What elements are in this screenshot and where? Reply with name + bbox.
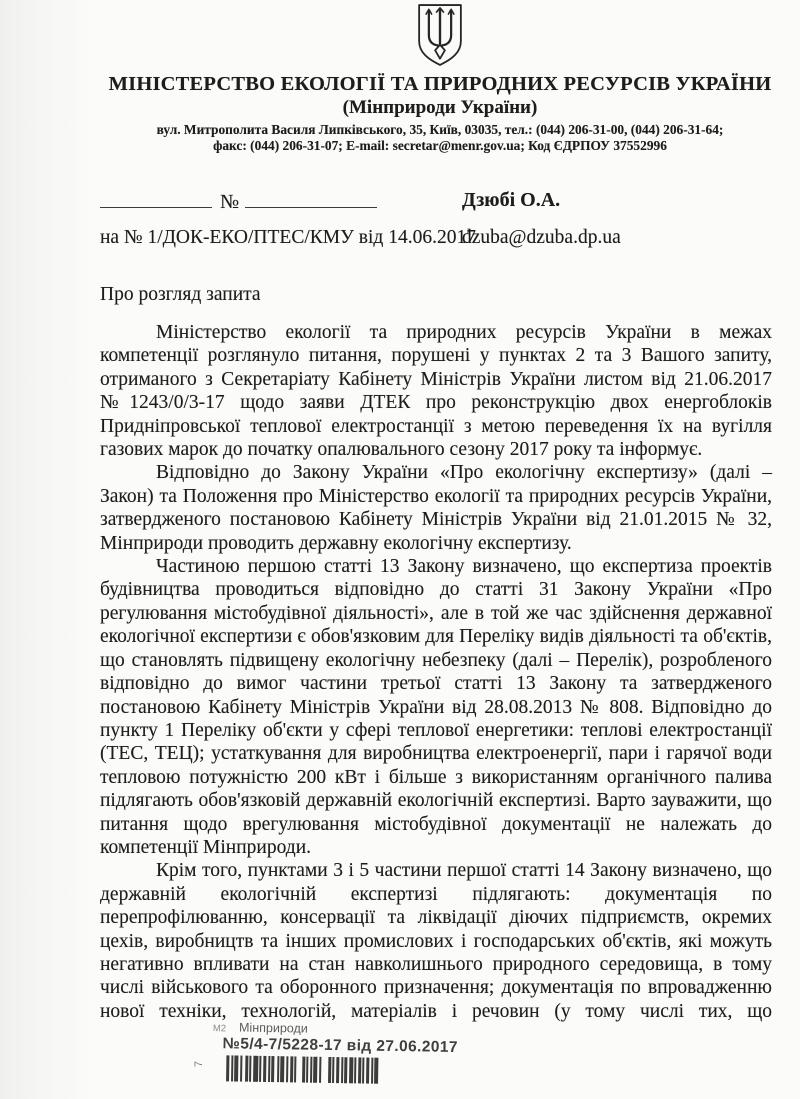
scanned-letter-page: МІНІСТЕРСТВО ЕКОЛОГІЇ ТА ПРИРОДНИХ РЕСУР… — [0, 0, 800, 1099]
stamp-side-digit: 7 — [193, 1061, 205, 1067]
registration-stamp: М2 Мінприроди №5/4-7/5228-17 від 27.06.2… — [204, 1020, 458, 1085]
body-paragraph: Частиною першою статті 13 Закону визначе… — [100, 555, 772, 859]
number-blank-line — [245, 188, 377, 208]
addressee-email: dzuba@dzuba.dp.ua — [462, 227, 621, 249]
date-blank-line — [100, 188, 212, 208]
ministry-short-name: (Мінприроди України) — [90, 98, 790, 118]
body-paragraph: Відповідно до Закону України «Про еколог… — [100, 461, 772, 555]
subject-line: Про розгляд запита — [100, 284, 261, 306]
stamp-copy-label: М2 — [213, 1023, 226, 1034]
letterhead: МІНІСТЕРСТВО ЕКОЛОГІЇ ТА ПРИРОДНИХ РЕСУР… — [90, 0, 790, 154]
addressee-name: Дзюбі О.А. — [462, 189, 560, 212]
reply-reference: на № 1/ДОК-ЕКО/ПТЕС/КМУ від 14.06.2017 — [100, 227, 476, 248]
ministry-name: МІНІСТЕРСТВО ЕКОЛОГІЇ ТА ПРИРОДНИХ РЕСУР… — [90, 73, 790, 95]
body-paragraph: Міністерство екології та природних ресур… — [100, 321, 772, 461]
registration-barcode-icon — [226, 1055, 458, 1085]
reference-row-reply: на № 1/ДОК-ЕКО/ПТЕС/КМУ від 14.06.2017 d… — [100, 227, 790, 249]
scan-edge-shadow — [0, 0, 92, 1099]
number-sign: № — [220, 191, 239, 213]
body-paragraph: Крім того, пунктами 3 і 5 частини першої… — [100, 859, 772, 1023]
barcode-bar — [374, 1058, 378, 1084]
stamp-registration-number: №5/4-7/5228-17 від 27.06.2017 — [204, 1035, 458, 1057]
address-line-1: вул. Митрополита Василя Липківського, 35… — [90, 122, 790, 138]
letter-body: Міністерство екології та природних ресур… — [100, 321, 772, 1023]
address-line-2: факс: (044) 206-31-07; E-mail: secretar@… — [90, 138, 790, 154]
stamp-org-label: Мінприроди — [239, 1021, 308, 1036]
tryzub-emblem-icon — [404, 3, 476, 67]
reference-row-date-number: № Дзюбі О.А. — [100, 188, 790, 214]
